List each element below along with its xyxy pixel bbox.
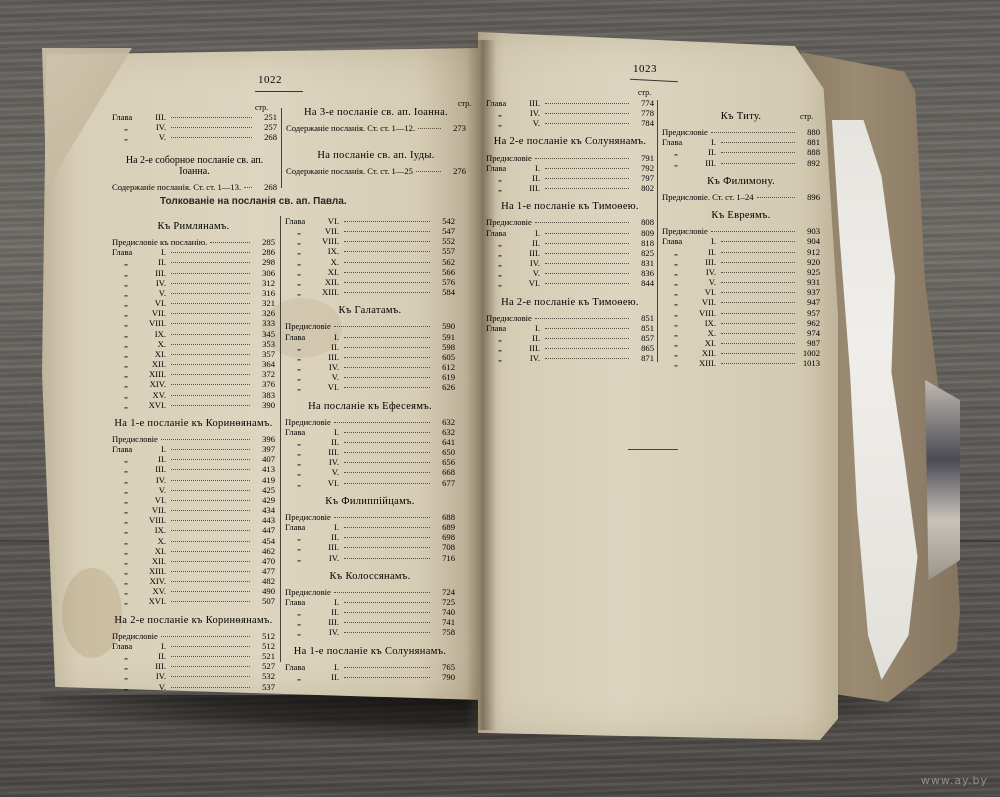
chapter-numeral: I.: [140, 247, 168, 257]
dot-leader: [344, 230, 430, 232]
dot-leader: [334, 325, 430, 327]
toc-entry: Содержаніе посланія. Ст. ст. 1—12.273: [286, 123, 466, 133]
section-title: Къ Галатамъ.: [285, 306, 455, 316]
dot-leader: [171, 529, 250, 531]
page-ref: 892: [798, 158, 820, 168]
chapter-prefix: Глава: [486, 163, 514, 173]
dot-leader: [344, 291, 430, 293]
entry-label: „IV.: [662, 267, 718, 277]
toc-entry: Предисловіе791: [486, 153, 654, 163]
toc-entry: ГлаваI.591: [285, 332, 455, 342]
dot-leader: [344, 451, 430, 453]
page-ref: 920: [798, 257, 820, 267]
page-ref: 851: [632, 313, 654, 323]
toc-entry: „XIV.376: [112, 379, 275, 389]
toc-entry: „II.912: [662, 247, 820, 257]
toc-entry: „IV.925: [662, 267, 820, 277]
entry-label: Предисловіе. Ст. ст. 1–24: [662, 192, 754, 202]
toc-entry: „V.619: [285, 372, 455, 382]
chapter-prefix: Глава: [285, 662, 313, 672]
chapter-prefix: „: [285, 437, 313, 447]
toc-entry: Предисловіе808: [486, 217, 654, 227]
entry-label: Предисловіе: [285, 512, 331, 522]
toc-entry: Предисловіе851: [486, 313, 654, 323]
chapter-numeral: III.: [140, 112, 168, 122]
entry-label: „X.: [285, 257, 341, 267]
toc-entry: „XVI.390: [112, 400, 275, 410]
chapter-numeral: XI.: [140, 546, 168, 556]
dot-leader: [344, 346, 430, 348]
dot-leader: [721, 281, 795, 283]
toc-entry: „XII.364: [112, 359, 275, 369]
toc-entry: „VII.434: [112, 505, 275, 515]
dot-leader: [344, 250, 430, 252]
toc-entry: „X.454: [112, 536, 275, 546]
page-ref: 844: [632, 278, 654, 288]
entry-label: „XIII.: [112, 566, 168, 576]
page-ref: 470: [253, 556, 275, 566]
chapter-numeral: IV.: [313, 362, 341, 372]
chapter-numeral: I.: [514, 163, 542, 173]
page-ref: 312: [253, 278, 275, 288]
chapter-numeral: I.: [514, 228, 542, 238]
entry-label: Предисловіе: [662, 226, 708, 236]
chapter-prefix: „: [112, 475, 140, 485]
dot-leader: [344, 461, 430, 463]
page-ref: 462: [253, 546, 275, 556]
chapter-numeral: I.: [140, 641, 168, 651]
toc-entry: „XIII.372: [112, 369, 275, 379]
chapter-prefix: „: [662, 308, 690, 318]
section-title: На 1-е посланіе къ Коринѳянамъ.: [112, 419, 275, 429]
chapter-prefix: „: [662, 267, 690, 277]
chapter-prefix: „: [662, 338, 690, 348]
dot-leader: [721, 141, 795, 143]
page-ref: 376: [253, 379, 275, 389]
page-ref: 532: [253, 671, 275, 681]
dot-leader: [344, 482, 430, 484]
chapter-prefix: „: [662, 147, 690, 157]
dot-leader: [545, 272, 629, 274]
page-ref: 507: [253, 596, 275, 606]
toc-entry: „V.931: [662, 277, 820, 287]
chapter-numeral: II.: [313, 672, 341, 682]
page-ref: 741: [433, 617, 455, 627]
chapter-prefix: „: [112, 454, 140, 464]
page-number-left: 1022: [258, 74, 282, 86]
chapter-prefix: „: [662, 328, 690, 338]
chapter-prefix: „: [112, 369, 140, 379]
chapter-prefix: „: [486, 183, 514, 193]
page-ref: 273: [444, 123, 466, 133]
page-ref: 689: [433, 522, 455, 532]
page-ref: 962: [798, 318, 820, 328]
dot-leader: [171, 126, 252, 128]
chapter-prefix: „: [285, 617, 313, 627]
page-ref: 353: [253, 339, 275, 349]
dot-leader: [171, 272, 250, 274]
section-title: На посланіе къ Ефесеямъ.: [285, 402, 455, 412]
dot-leader: [545, 282, 629, 284]
dot-leader: [545, 262, 629, 264]
chapter-prefix: „: [285, 257, 313, 267]
dot-leader: [535, 221, 629, 223]
chapter-numeral: XI.: [140, 349, 168, 359]
dot-leader: [171, 458, 250, 460]
page-ref: 425: [253, 485, 275, 495]
page-ref: 740: [433, 607, 455, 617]
chapter-prefix: „: [112, 400, 140, 410]
page-ref: 808: [632, 217, 654, 227]
chapter-numeral: II.: [140, 257, 168, 267]
toc-entry: „X.562: [285, 257, 455, 267]
entry-label: „II.: [285, 342, 341, 352]
chapter-numeral: X.: [690, 328, 718, 338]
entry-label: „III.: [662, 257, 718, 267]
entry-label: ГлаваIII.: [112, 112, 168, 122]
entry-label: „II.: [112, 651, 168, 661]
chapter-numeral: IV.: [313, 457, 341, 467]
toc-entry: „V.268: [112, 132, 277, 142]
column-divider: [281, 108, 282, 188]
toc-entry: „XII.576: [285, 277, 455, 287]
chapter-numeral: IV.: [514, 353, 542, 363]
chapter-prefix: „: [112, 268, 140, 278]
chapter-numeral: II.: [514, 238, 542, 248]
toc-entry: „IX.447: [112, 525, 275, 535]
dot-leader: [344, 621, 430, 623]
chapter-prefix: „: [285, 627, 313, 637]
entry-label: „IV.: [112, 475, 168, 485]
toc-entry: „IV.831: [486, 258, 654, 268]
chapter-prefix: „: [112, 671, 140, 681]
dot-leader: [171, 645, 250, 647]
page-ref: 390: [253, 400, 275, 410]
dot-leader: [721, 332, 795, 334]
toc-entry: „VII.326: [112, 308, 275, 318]
dot-leader: [721, 342, 795, 344]
chapter-numeral: IV.: [514, 258, 542, 268]
section-title: На 2-е соборное посланіе св. ап. Іоанна.: [112, 156, 277, 176]
page-ref: 1013: [798, 358, 820, 368]
chapter-prefix: „: [112, 661, 140, 671]
page-ref: 490: [253, 586, 275, 596]
chapter-numeral: I.: [690, 137, 718, 147]
entry-label: ГлаваI.: [285, 332, 341, 342]
dot-leader: [171, 570, 250, 572]
dot-leader: [171, 519, 250, 521]
page-ref: 605: [433, 352, 455, 362]
chapter-prefix: Глава: [285, 522, 313, 532]
dot-leader: [334, 421, 430, 423]
entry-label: „VIII.: [112, 318, 168, 328]
entry-label: Предисловіе къ посланію.: [112, 237, 207, 247]
dot-leader: [721, 322, 795, 324]
chapter-prefix: „: [486, 108, 514, 118]
chapter-prefix: „: [285, 532, 313, 542]
dot-leader: [344, 601, 430, 603]
toc-entry: „V.316: [112, 288, 275, 298]
page-ref: 251: [255, 112, 277, 122]
dot-leader: [344, 631, 430, 633]
page-ref: 774: [632, 98, 654, 108]
entry-label: „IV.: [285, 362, 341, 372]
page-ref: 552: [433, 236, 455, 246]
page-ref: 316: [253, 288, 275, 298]
page-ref: 987: [798, 338, 820, 348]
toc-entry: „VI.321: [112, 298, 275, 308]
page-ref: 668: [433, 467, 455, 477]
toc-entry: „II.857: [486, 333, 654, 343]
toc-entry: „IV.419: [112, 475, 275, 485]
page-ref: 925: [798, 267, 820, 277]
page-ref: 434: [253, 505, 275, 515]
entry-label: „II.: [486, 238, 542, 248]
toc-entry: „II.298: [112, 257, 275, 267]
page-ref: 650: [433, 447, 455, 457]
chapter-prefix: „: [662, 297, 690, 307]
chapter-numeral: XII.: [140, 359, 168, 369]
entry-label: „II.: [486, 173, 542, 183]
chapter-prefix: „: [486, 353, 514, 363]
page-ref: 825: [632, 248, 654, 258]
page-ref: 724: [433, 587, 455, 597]
toc-entry: ГлаваIII.251: [112, 112, 277, 122]
toc-entry: „III.920: [662, 257, 820, 267]
dot-leader: [171, 489, 250, 491]
entry-label: „IV.: [486, 353, 542, 363]
dot-leader: [721, 240, 795, 242]
entry-label: Предисловіе: [662, 127, 708, 137]
chapter-prefix: „: [112, 329, 140, 339]
dot-leader: [171, 675, 250, 677]
entry-label: „XIII.: [285, 287, 341, 297]
entry-label: „IX.: [662, 318, 718, 328]
toc-column-r2: Къ Титу.Предисловіе880ГлаваI.881„II.888„…: [662, 112, 820, 368]
dot-leader: [171, 302, 250, 304]
page-ref: 904: [798, 236, 820, 246]
chapter-numeral: V.: [313, 467, 341, 477]
chapter-numeral: V.: [514, 268, 542, 278]
entry-label: „X.: [112, 339, 168, 349]
toc-entry: ГлаваIII.774: [486, 98, 654, 108]
page-ref: 937: [798, 287, 820, 297]
chapter-prefix: „: [285, 362, 313, 372]
page-ref: 268: [255, 132, 277, 142]
entry-label: „XI.: [662, 338, 718, 348]
entry-label: „VIII.: [285, 236, 341, 246]
chapter-numeral: X.: [140, 536, 168, 546]
chapter-numeral: XII.: [690, 348, 718, 358]
dot-leader: [171, 353, 250, 355]
chapter-numeral: IV.: [140, 671, 168, 681]
chapter-prefix: „: [112, 308, 140, 318]
dot-leader: [171, 580, 250, 582]
chapter-prefix: „: [486, 248, 514, 258]
page-ref: 372: [253, 369, 275, 379]
entry-label: „III.: [486, 248, 542, 258]
entry-label: „XVI.: [112, 596, 168, 606]
page-ref: 688: [433, 512, 455, 522]
toc-entry: „VI.844: [486, 278, 654, 288]
page-ref: 792: [632, 163, 654, 173]
chapter-numeral: III.: [313, 542, 341, 552]
chapter-numeral: I.: [690, 236, 718, 246]
dot-leader: [535, 157, 629, 159]
chapter-numeral: IX.: [140, 525, 168, 535]
dot-leader: [344, 281, 430, 283]
dot-leader: [721, 162, 795, 164]
dot-leader: [171, 499, 250, 501]
chapter-numeral: V.: [140, 682, 168, 692]
toc-entry: Предисловіе903: [662, 226, 820, 236]
chapter-prefix: „: [112, 390, 140, 400]
toc-entry: Предисловіе724: [285, 587, 455, 597]
page-ref: 974: [798, 328, 820, 338]
dot-leader: [344, 526, 430, 528]
section-title: На 1-е посланіе къ Солунянамъ.: [285, 647, 455, 657]
end-rule: [628, 449, 678, 450]
page-ref: 527: [253, 661, 275, 671]
chapter-prefix: „: [112, 546, 140, 556]
entry-label: „II.: [285, 672, 341, 682]
toc-entry: ГлаваI.689: [285, 522, 455, 532]
dot-leader: [171, 448, 250, 450]
chapter-prefix: „: [662, 158, 690, 168]
page-ref: 931: [798, 277, 820, 287]
entry-label: „II.: [285, 607, 341, 617]
entry-label: Предисловіе: [285, 321, 331, 331]
section-title: На посланіе св. ап. Іуды.: [286, 151, 466, 161]
dot-leader: [711, 230, 795, 232]
entry-label: „X.: [662, 328, 718, 338]
toc-entry: „III.865: [486, 343, 654, 353]
chapter-prefix: „: [112, 556, 140, 566]
folio-rule: [255, 91, 303, 92]
entry-label: „III.: [285, 542, 341, 552]
dot-leader: [721, 312, 795, 314]
chapter-numeral: VIII.: [140, 515, 168, 525]
chapter-prefix: „: [486, 278, 514, 288]
toc-entry: Предисловіе396: [112, 434, 275, 444]
chapter-prefix: „: [112, 505, 140, 515]
chapter-numeral: XIII.: [140, 566, 168, 576]
chapter-numeral: VIII.: [313, 236, 341, 246]
chapter-prefix: „: [112, 525, 140, 535]
dot-leader: [171, 333, 250, 335]
entry-label: „XIII.: [662, 358, 718, 368]
toc-entry: „II.598: [285, 342, 455, 352]
toc-entry: Предисловіе къ посланію.285: [112, 237, 275, 247]
page-ref: 364: [253, 359, 275, 369]
column-divider: [280, 216, 281, 662]
entry-label: Предисловіе: [486, 153, 532, 163]
chapter-prefix: „: [112, 379, 140, 389]
toc-entry: „IV.716: [285, 553, 455, 563]
chapter-prefix: „: [112, 566, 140, 576]
dot-leader: [344, 366, 430, 368]
page-ref: 419: [253, 475, 275, 485]
toc-entry: „V.537: [112, 682, 275, 692]
chapter-prefix: „: [486, 238, 514, 248]
toc-entry: „IV.257: [112, 122, 277, 132]
toc-entry: „XVI.507: [112, 596, 275, 606]
chapter-numeral: I.: [514, 323, 542, 333]
toc-entry: ГлаваI.725: [285, 597, 455, 607]
chapter-numeral: XIII.: [690, 358, 718, 368]
chapter-numeral: VII.: [140, 505, 168, 515]
toc-entry: „II.797: [486, 173, 654, 183]
chapter-prefix: „: [112, 278, 140, 288]
page-ref: 619: [433, 372, 455, 382]
section-title: На 2-е посланіе къ Тимоѳею.: [486, 298, 654, 308]
page-ref: 257: [255, 122, 277, 132]
entry-label: „X.: [112, 536, 168, 546]
entry-label: ГлаваI.: [285, 522, 341, 532]
toc-entry: „VI.429: [112, 495, 275, 505]
chapter-prefix: „: [112, 359, 140, 369]
dot-leader: [171, 251, 250, 253]
toc-entry: „XI.566: [285, 267, 455, 277]
entry-label: „V.: [112, 288, 168, 298]
dot-leader: [344, 271, 430, 273]
chapter-prefix: Глава: [112, 247, 140, 257]
dot-leader: [418, 127, 441, 129]
chapter-prefix: „: [486, 268, 514, 278]
chapter-numeral: XIV.: [140, 379, 168, 389]
dot-leader: [171, 655, 250, 657]
toc-entry: „III.892: [662, 158, 820, 168]
page-ref: 896: [798, 192, 820, 202]
toc-entry: ГлаваI.765: [285, 662, 455, 672]
toc-entry: „XII.1002: [662, 348, 820, 358]
page-ref: 880: [798, 127, 820, 137]
entry-label: „II.: [662, 247, 718, 257]
chapter-numeral: IX.: [140, 329, 168, 339]
dot-leader: [171, 136, 252, 138]
page-ref: 865: [632, 343, 654, 353]
chapter-numeral: VI.: [313, 478, 341, 488]
entry-label: „V.: [112, 485, 168, 495]
chapter-numeral: II.: [514, 173, 542, 183]
entry-label: „IV.: [486, 108, 542, 118]
chapter-numeral: I.: [313, 427, 341, 437]
chapter-prefix: „: [112, 339, 140, 349]
dot-leader: [416, 170, 441, 172]
entry-label: ГлаваI.: [112, 641, 168, 651]
toc-entry: Содержаніе посланія. Ст. ст. 1—13.268: [112, 182, 277, 192]
page-ref: 542: [433, 216, 455, 226]
dot-leader: [171, 686, 250, 688]
chapter-numeral: II.: [140, 454, 168, 464]
entry-label: „VII.: [285, 226, 341, 236]
entry-label: „XI.: [112, 349, 168, 359]
dot-leader: [344, 261, 430, 263]
dot-leader: [161, 438, 250, 440]
chapter-numeral: V.: [514, 118, 542, 128]
toc-entry: „II.790: [285, 672, 455, 682]
page-ref: 791: [632, 153, 654, 163]
dot-leader: [344, 220, 430, 222]
chapter-prefix: „: [285, 226, 313, 236]
toc-entry: Предисловіе512: [112, 631, 275, 641]
chapter-prefix: Глава: [486, 98, 514, 108]
toc-entry: ГлаваI.286: [112, 247, 275, 257]
entry-label: „XIV.: [112, 379, 168, 389]
section-title: На 2-е посланіе къ Солунянамъ.: [486, 137, 654, 147]
page-ref: 809: [632, 228, 654, 238]
entry-label: Содержаніе посланія. Ст. ст. 1—13.: [112, 182, 241, 192]
